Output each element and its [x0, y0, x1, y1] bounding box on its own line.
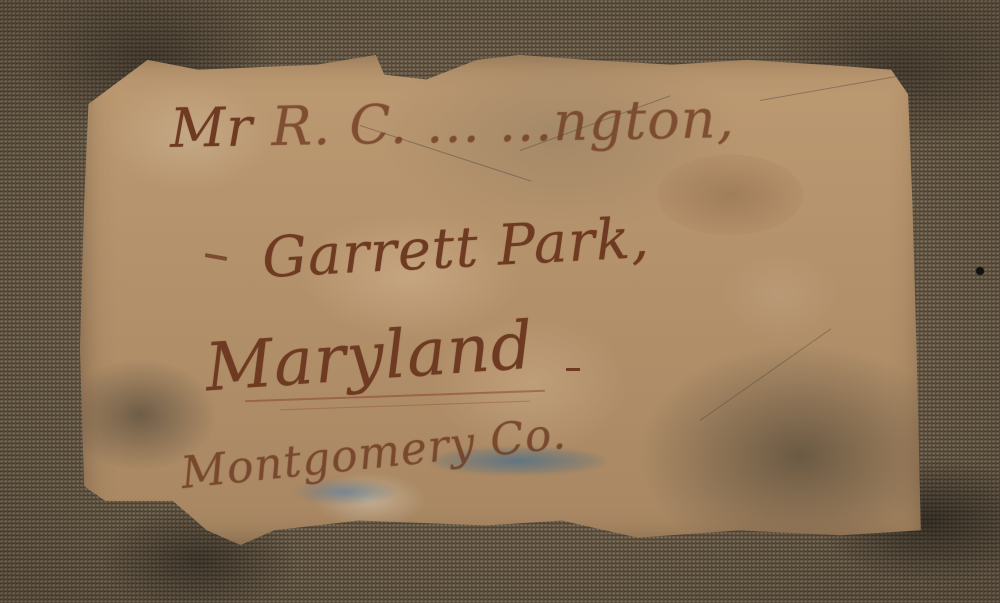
ink-dash — [566, 368, 580, 371]
address-line-name: Mr R. C. ... ...ngton, — [169, 87, 735, 160]
name-faded: R. C. ... ...ngton, — [253, 87, 736, 158]
name-prefix: Mr — [169, 95, 253, 159]
debris-speck — [975, 265, 985, 277]
